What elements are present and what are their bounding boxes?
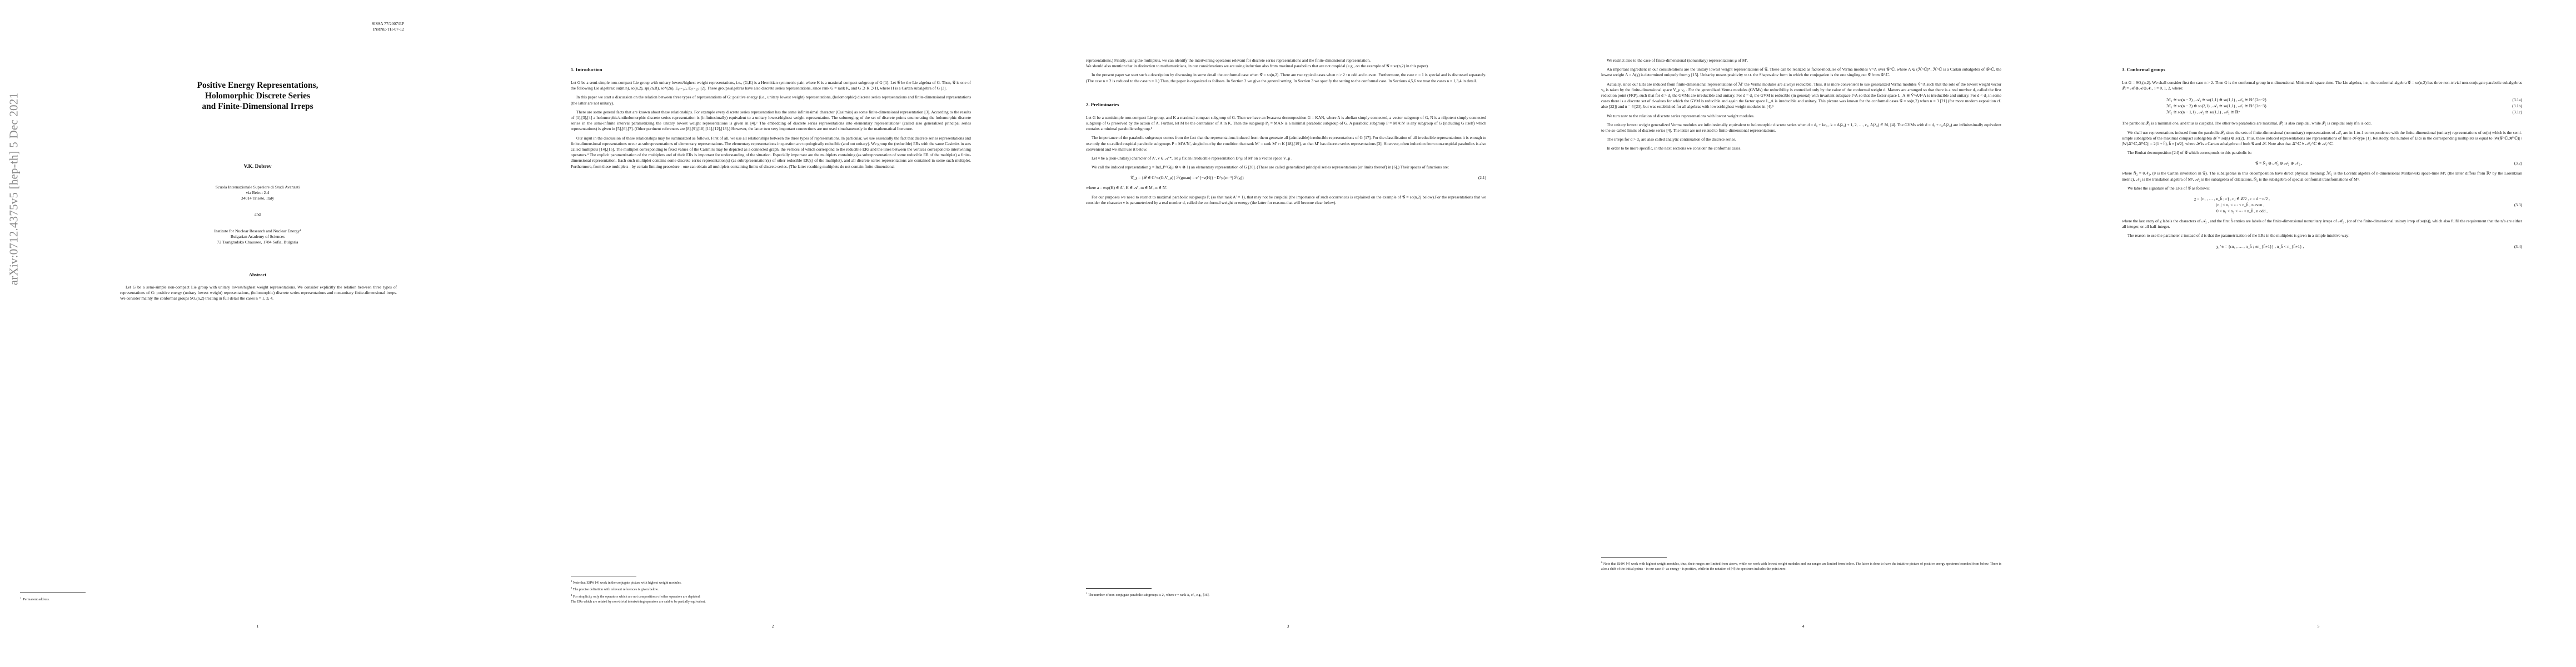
page-number: 4 <box>1546 624 2061 629</box>
paragraph: In order to be more specific, in the nex… <box>1601 146 2001 151</box>
paragraph: Let G = SOₒ(n,2). We shall consider firs… <box>2122 80 2522 91</box>
section-heading-conformal-groups: 3. Conformal groups <box>2122 67 2522 72</box>
paragraph: We shall use representations induced fro… <box>2122 130 2522 147</box>
equation-3-1a: ℳ₀ ≅ so(n − 2) , 𝒜₀ ≅ so(1,1) ⊕ so(1,1) … <box>2122 97 2522 103</box>
paragraph: Let G be a semi-simple non-compact Lie g… <box>571 80 971 91</box>
footnote-rule <box>20 593 86 593</box>
footnotes: 5 The number of non-conjugate parabolic … <box>1086 588 1486 598</box>
paragraph: The irreps for d > d₀ are also called an… <box>1601 137 2001 142</box>
page-3-body: representations.) Finally, using the mul… <box>1086 58 1486 206</box>
abstract: Let G be a semi-simple non-compact Lie g… <box>120 285 397 302</box>
paragraph: For our purposes we need to restrict to … <box>1086 195 1486 206</box>
page-1: arXiv:0712.4375v5 [hep-th] 5 Dec 2021 SI… <box>0 0 515 667</box>
paragraph: where the last entry of χ labels the cha… <box>2122 218 2522 230</box>
paragraph: Let G be a semisimple non-compact Lie gr… <box>1086 115 1486 132</box>
footnotes: 1 Permanent address. <box>20 593 409 602</box>
page-number: 5 <box>2061 624 2576 629</box>
section-heading-introduction: 1. Introduction <box>571 67 971 72</box>
affiliation-1: Scuola Internazionale Superiore di Studi… <box>0 185 515 201</box>
page-2: 1. Introduction Let G be a semi-simple n… <box>515 0 1030 667</box>
equation-3-3-line-1: χ = {n₁ , … , n_h̃ ; c} , nⱼ ∈ ℤ/2 , c =… <box>2122 196 2522 202</box>
equation-3-4: χ₁^± = {εn₁ , … , n_h̃ ; ±n_{h̃+1}} , n_… <box>2122 243 2522 250</box>
paragraph: where Ñ₂ = θ𝒩₂, (θ is the Cartan involut… <box>2122 171 2522 182</box>
equation-2-1: 𝒞_χ = {ℱ ∈ C^∞(G,V_μ) | ℱ(gman) = e^{−ν(… <box>1086 175 1486 181</box>
footnote-rule <box>1086 588 1152 589</box>
page-5: 3. Conformal groups Let G = SOₒ(n,2). We… <box>2061 0 2576 667</box>
affiliation-and: and <box>0 212 515 217</box>
footnote-6: 6 Note that EHW [4] work with highest we… <box>1601 560 2001 571</box>
paragraph: The Bruhat decomposition [24] of 𝒢 which… <box>2122 150 2522 156</box>
paragraph: In this paper we start a discussion on t… <box>571 94 971 106</box>
page-number: 3 <box>1030 624 1546 629</box>
paragraph: Let ν be a (non-unitary) character of A′… <box>1086 156 1486 161</box>
footnote-4: 4 For simplicity only the operators whic… <box>571 593 971 599</box>
page-4: We restrict also to the case of finite-d… <box>1546 0 2061 667</box>
page-number: 1 <box>0 624 515 629</box>
preprint-numbers: SISSA 77/2007/EP INRNE-TH-07-12 <box>372 21 404 32</box>
paragraph: representations.) Finally, using the mul… <box>1086 58 1486 63</box>
footnote-rule <box>571 576 636 576</box>
affiliation-2: Institute for Nuclear Research and Nucle… <box>0 228 515 245</box>
equation-3-1b: ℳ₁ ≅ so(n − 2) ⊕ so(2,1) , 𝒜₁ ≅ so(1,1) … <box>2122 103 2522 109</box>
paragraph: In the present paper we start such a des… <box>1086 72 1486 83</box>
paragraph: We call the induced representation χ = I… <box>1086 165 1486 170</box>
equation-3-1c: ℳ₂ ≅ so(n − 1,1) , 𝒜₂ ≅ so(1,1) , 𝒩₂ ≅ ℝ… <box>2122 109 2522 115</box>
paragraph: We should also mention that in distincti… <box>1086 63 1486 69</box>
footnote-2: 2 Note that EHW [4] work in the conjugat… <box>571 579 971 585</box>
page-number: 2 <box>515 624 1030 629</box>
equation-3-2: 𝒢 = Ñ₂ ⊕ ℳ₂ ⊕ 𝒜₂ ⊕ 𝒩₂ ,(3.2) <box>2122 160 2522 166</box>
equation-3-3-line-2: |n₁| < n₂ < ⋯ < n_h̃ , n even ,(3.3) <box>2122 202 2522 208</box>
page-2-body: 1. Introduction Let G be a semi-simple n… <box>571 67 971 170</box>
abstract-heading: Abstract <box>0 272 515 277</box>
page-3: representations.) Finally, using the mul… <box>1030 0 1546 667</box>
paragraph: The importance of the parabolic subgroup… <box>1086 135 1486 152</box>
paragraph: We label the signature of the ERs of 𝒢 a… <box>2122 186 2522 191</box>
paragraph: The parabolic 𝒫₀ is a minimal one, and t… <box>2122 121 2522 126</box>
footnote-3: 3 The precise definition with relevant r… <box>571 585 971 592</box>
paragraph: Our input in the discussion of these rel… <box>571 136 971 170</box>
paragraph: The unitary lowest weight generalized Ve… <box>1601 122 2001 133</box>
footnote-1: 1 Permanent address. <box>20 595 409 602</box>
footnote-4-continued: The ERs which are related by non-trivial… <box>571 599 971 604</box>
paragraph: where a = exp(H) ∈ A′, H ∈ 𝒜′, m ∈ M′, n… <box>1086 185 1486 191</box>
paragraph: There are some general facts that are kn… <box>571 109 971 132</box>
footnotes: 2 Note that EHW [4] work in the conjugat… <box>571 576 971 604</box>
page-4-body: We restrict also to the case of finite-d… <box>1601 58 2001 152</box>
paper-title: Positive Energy Representations, Holomor… <box>0 80 515 112</box>
paper-spread: arXiv:0712.4375v5 [hep-th] 5 Dec 2021 SI… <box>0 0 2576 667</box>
footnotes: 6 Note that EHW [4] work with highest we… <box>1601 557 2001 571</box>
author-name: V.K. Dobrev <box>0 164 515 170</box>
page-5-body: 3. Conformal groups Let G = SOₒ(n,2). We… <box>2122 67 2522 250</box>
footnote-5: 5 The number of non-conjugate parabolic … <box>1086 591 1486 598</box>
footnote-rule <box>1601 557 1667 558</box>
paragraph: An important ingredient in our considera… <box>1601 67 2001 78</box>
paragraph: Actually, since our ERs are induced from… <box>1601 82 2001 110</box>
equation-3-3-line-3: 0 < n₁ < n₂ < ⋯ < n_h̃ , n odd , <box>2122 208 2522 214</box>
section-heading-preliminaries: 2. Preliminaries <box>1086 102 1486 107</box>
paragraph: We turn now to the relation of discrete … <box>1601 113 2001 119</box>
paragraph: The reason to use the parameter c instea… <box>2122 233 2522 238</box>
paragraph: We restrict also to the case of finite-d… <box>1601 58 2001 63</box>
